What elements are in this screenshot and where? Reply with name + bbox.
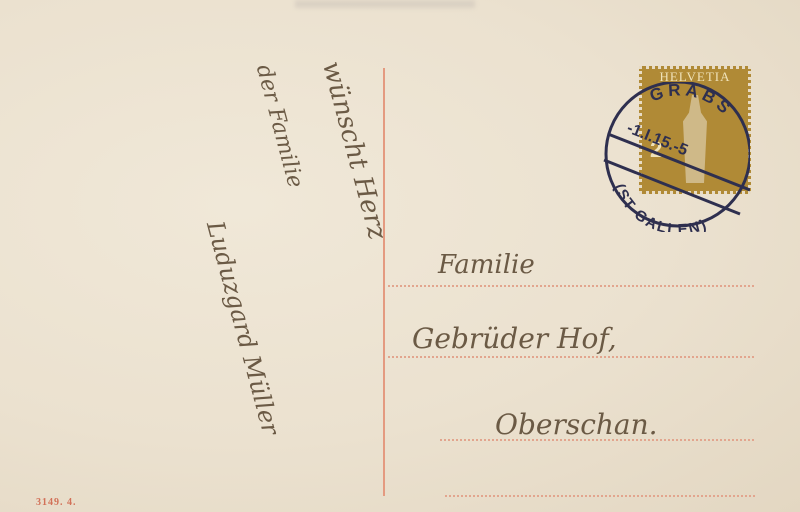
message-line-1: wünscht Herz <box>316 58 392 243</box>
postmark-cancellation: GRABS (ST GALLEN) -1.I.15.-5 <box>600 82 750 232</box>
address-line-1-rule <box>388 285 754 287</box>
message-line-3: Luduzgard Müller <box>201 218 285 438</box>
top-edge-smudge <box>295 0 475 8</box>
message-line-2: der Familie <box>251 62 308 191</box>
printer-code: 3149. 4. <box>36 497 77 508</box>
address-line-2-rule <box>388 356 754 358</box>
address-line-3: Oberschan. <box>495 408 658 441</box>
svg-text:(ST GALLEN): (ST GALLEN) <box>611 182 711 232</box>
address-line-2: Gebrüder Hof, <box>412 322 617 355</box>
svg-text:GRABS: GRABS <box>647 82 737 120</box>
address-line-1: Familie <box>438 250 535 280</box>
address-line-4-rule <box>445 495 755 497</box>
postcard-back: wünscht Herz der Familie Luduzgard Mülle… <box>0 0 800 512</box>
center-divider-line <box>383 68 385 496</box>
